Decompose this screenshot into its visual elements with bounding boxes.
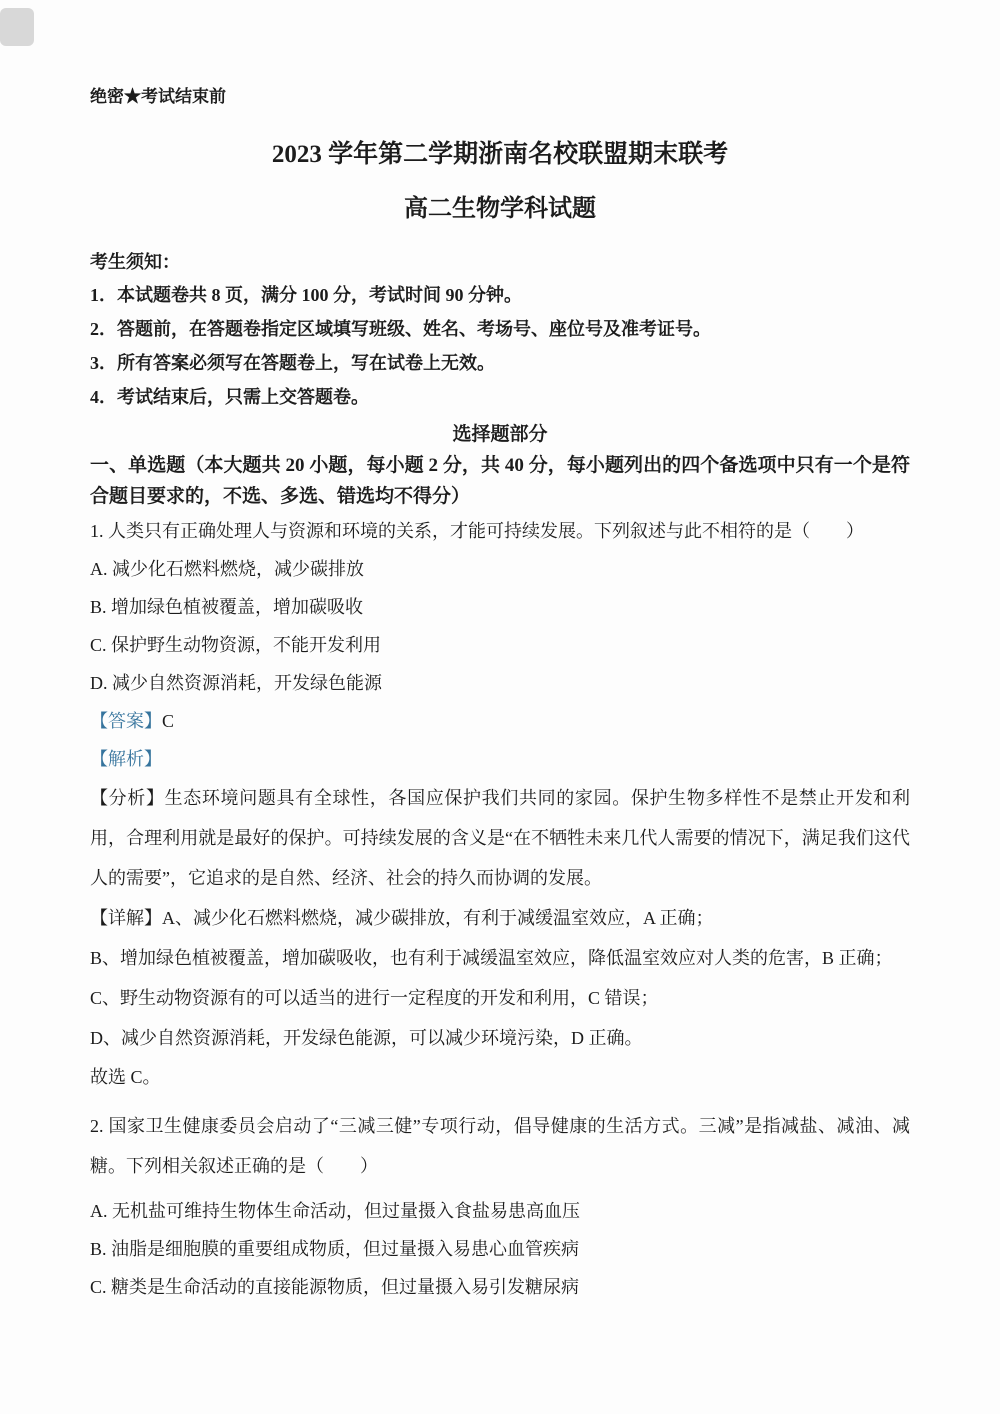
question-2-stem: 2. 国家卫生健康委员会启动了“三减三健”专项行动，倡导健康的生活方式。三减”是… [90,1106,910,1186]
analysis-label: 【解析】 [90,749,162,769]
question-2-option-c: C. 糖类是生命活动的直接能源物质，但过量摄入易引发糖尿病 [90,1268,910,1306]
exam-title: 2023 学年第二学期浙南名校联盟期末联考 [90,138,910,172]
scan-artifact [0,8,34,46]
answer-label: 【答案】 [90,711,162,731]
notice-item-4: 4．考试结束后，只需上交答题卷。 [90,380,910,414]
question-2-option-b: B. 油脂是细胞膜的重要组成物质，但过量摄入易患心血管疾病 [90,1230,910,1268]
notice-heading: 考生须知： [90,246,910,278]
question-1-detail-c: C、野生动物资源有的可以适当的进行一定程度的开发和利用，C 错误； [90,978,910,1018]
question-1: 1. 人类只有正确处理人与资源和环境的关系，才能可持续发展。下列叙述与此不相符的… [90,512,910,1096]
question-2: 2. 国家卫生健康委员会启动了“三减三健”专项行动，倡导健康的生活方式。三减”是… [90,1106,910,1306]
notice-item-3: 3．所有答案必须写在答题卷上，写在试卷上无效。 [90,346,910,380]
question-1-option-a: A. 减少化石燃料燃烧，减少碳排放 [90,550,910,588]
exam-paper-page: 绝密★考试结束前 2023 学年第二学期浙南名校联盟期末联考 高二生物学科试题 … [0,0,1000,1414]
question-1-option-b: B. 增加绿色植被覆盖，增加碳吸收 [90,588,910,626]
section-part-heading: 选择题部分 [90,420,910,450]
question-2-option-a: A. 无机盐可维持生物体生命活动，但过量摄入食盐易患高血压 [90,1192,910,1230]
candidate-notice: 考生须知： 1．本试题卷共 8 页，满分 100 分，考试时间 90 分钟。 2… [90,246,910,414]
page-content: 绝密★考试结束前 2023 学年第二学期浙南名校联盟期末联考 高二生物学科试题 … [0,0,1000,1306]
question-1-analysis-text: 【分析】生态环境问题具有全球性，各国应保护我们共同的家园。保护生物多样性不是禁止… [90,778,910,898]
question-1-detail-b: B、增加绿色植被覆盖，增加碳吸收，也有利于减缓温室效应，降低温室效应对人类的危害… [90,938,910,978]
question-1-detail-d: D、减少自然资源消耗，开发绿色能源，可以减少环境污染，D 正确。 [90,1018,910,1058]
notice-item-2: 2．答题前，在答题卷指定区域填写班级、姓名、考场号、座位号及准考证号。 [90,312,910,346]
notice-item-1: 1．本试题卷共 8 页，满分 100 分，考试时间 90 分钟。 [90,278,910,312]
answer-value: C [162,711,174,731]
question-1-option-c: C. 保护野生动物资源，不能开发利用 [90,626,910,664]
question-1-option-d: D. 减少自然资源消耗，开发绿色能源 [90,664,910,702]
question-2-options: A. 无机盐可维持生物体生命活动，但过量摄入食盐易患高血压 B. 油脂是细胞膜的… [90,1192,910,1306]
question-1-answer-line: 【答案】C [90,702,910,740]
question-1-conclusion: 故选 C。 [90,1058,910,1096]
question-1-detail-a: 【详解】A、减少化石燃料燃烧，减少碳排放，有利于减缓温室效应，A 正确； [90,898,910,938]
question-1-analysis-line: 【解析】 [90,740,910,778]
classification-banner: 绝密★考试结束前 [90,86,910,108]
section-type-instruction: 一、单选题（本大题共 20 小题，每小题 2 分，共 40 分，每小题列出的四个… [90,450,910,512]
exam-subtitle: 高二生物学科试题 [90,192,910,226]
question-1-stem: 1. 人类只有正确处理人与资源和环境的关系，才能可持续发展。下列叙述与此不相符的… [90,512,910,550]
